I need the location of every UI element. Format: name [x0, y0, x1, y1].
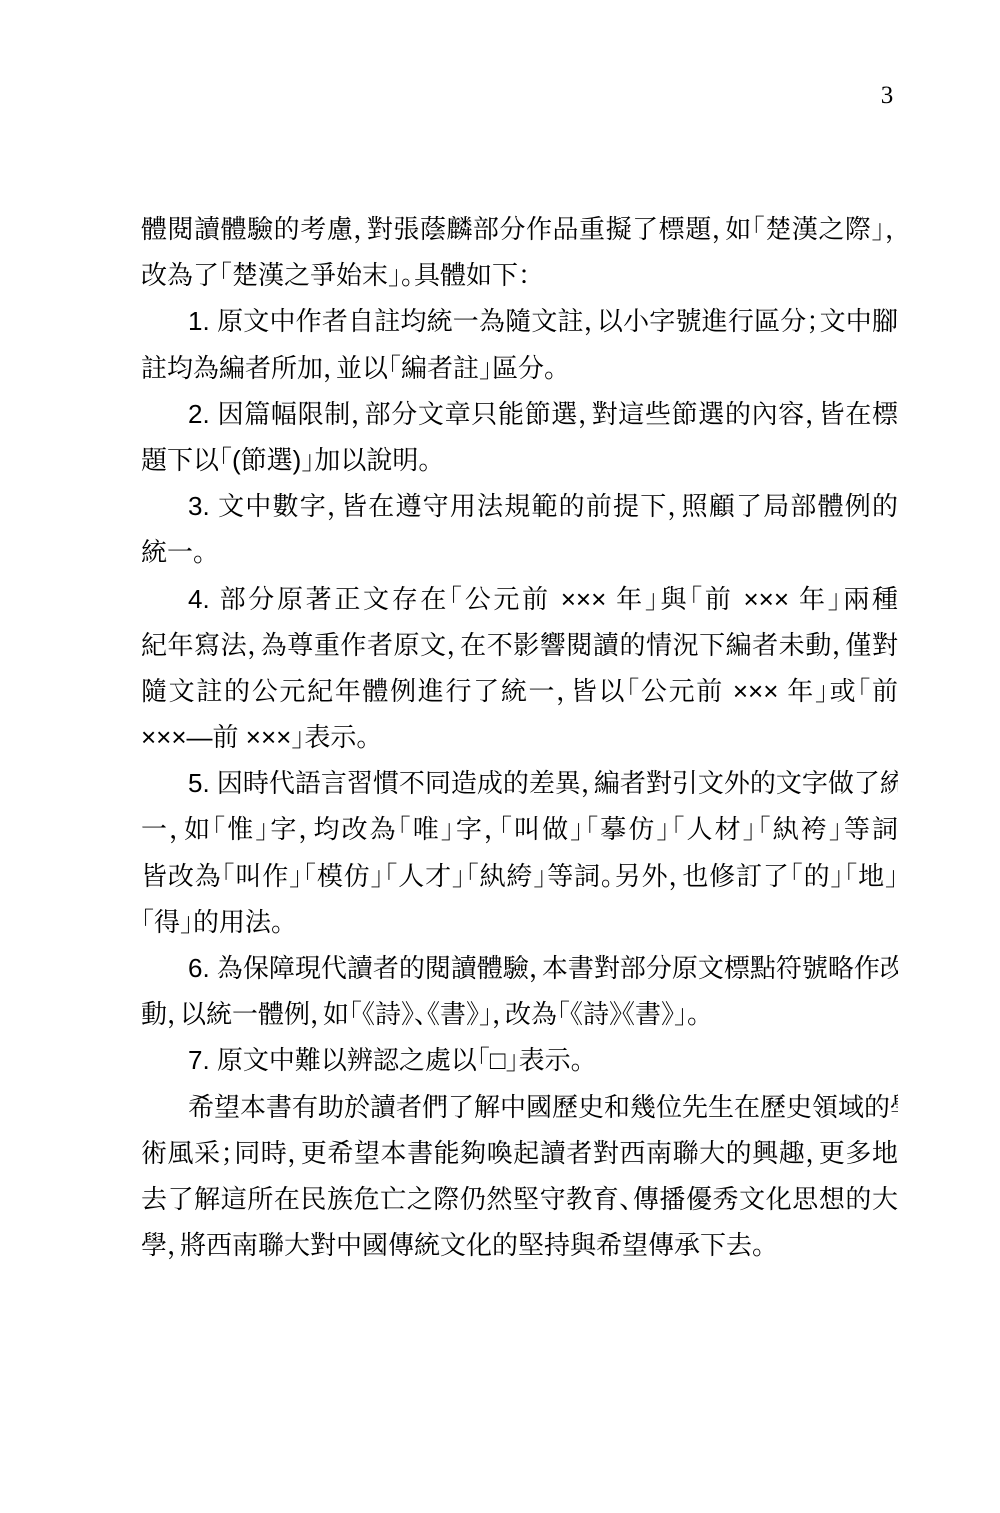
- text-line: 註均為編者所加，並以「編者註」區分。: [141, 345, 898, 391]
- text-line: 一，如「惟」字，均改為「唯」字，「叫做」「摹仿」「人材」「紈袴」等詞: [141, 806, 898, 852]
- text-line: 1. 原文中作者自註均統一為隨文註，以小字號進行區分；文中腳: [141, 298, 898, 344]
- text-line: 統一。: [141, 529, 898, 575]
- text-line: 體閱讀體驗的考慮，對張蔭麟部分作品重擬了標題，如「楚漢之際」，: [141, 206, 898, 252]
- text-line: 紀年寫法，為尊重作者原文，在不影響閱讀的情況下編者未動，僅對: [141, 622, 898, 668]
- text-line: 5. 因時代語言習慣不同造成的差異，編者對引文外的文字做了統: [141, 760, 898, 806]
- text-line: 2. 因篇幅限制，部分文章只能節選，對這些節選的內容，皆在標: [141, 391, 898, 437]
- text-line: 隨文註的公元紀年體例進行了統一，皆以「公元前 ××× 年」或「前: [141, 668, 898, 714]
- text-line: 學，將西南聯大對中國傳統文化的堅持與希望傳承下去。: [141, 1222, 898, 1268]
- text-line: 6. 為保障現代讀者的閱讀體驗，本書對部分原文標點符號略作改: [141, 945, 898, 991]
- text-line: 3. 文中數字，皆在遵守用法規範的前提下，照顧了局部體例的: [141, 483, 898, 529]
- text-line: 7. 原文中難以辨認之處以「□」表示。: [141, 1037, 898, 1083]
- text-line: 4. 部分原著正文存在「公元前 ××× 年」與「前 ××× 年」兩種: [141, 576, 898, 622]
- page: 3 體閱讀體驗的考慮，對張蔭麟部分作品重擬了標題，如「楚漢之際」， 改為了「楚漢…: [0, 0, 1000, 1513]
- text-line: 術風采；同時，更希望本書能夠喚起讀者對西南聯大的興趣，更多地: [141, 1130, 898, 1176]
- text-line: 動，以統一體例，如「《詩》、《書》」，改為「《詩》《書》」。: [141, 991, 898, 1037]
- page-body-text: 體閱讀體驗的考慮，對張蔭麟部分作品重擬了標題，如「楚漢之際」， 改為了「楚漢之爭…: [141, 206, 898, 1281]
- text-line: 改為了「楚漢之爭始末」。具體如下：: [141, 252, 898, 298]
- text-line: 皆改為「叫作」「模仿」「人才」「紈絝」等詞。另外，也修訂了「的」「地」: [141, 853, 898, 899]
- text-line: ×××—前 ×××」表示。: [141, 714, 898, 760]
- text-line: 「得」的用法。: [141, 899, 898, 945]
- text-line: 題下以「(節選)」加以說明。: [141, 437, 898, 483]
- page-number: 3: [872, 82, 902, 110]
- text-line: 希望本書有助於讀者們了解中國歷史和幾位先生在歷史領域的學: [141, 1084, 898, 1130]
- text-line: 去了解這所在民族危亡之際仍然堅守教育、傳播優秀文化思想的大: [141, 1176, 898, 1222]
